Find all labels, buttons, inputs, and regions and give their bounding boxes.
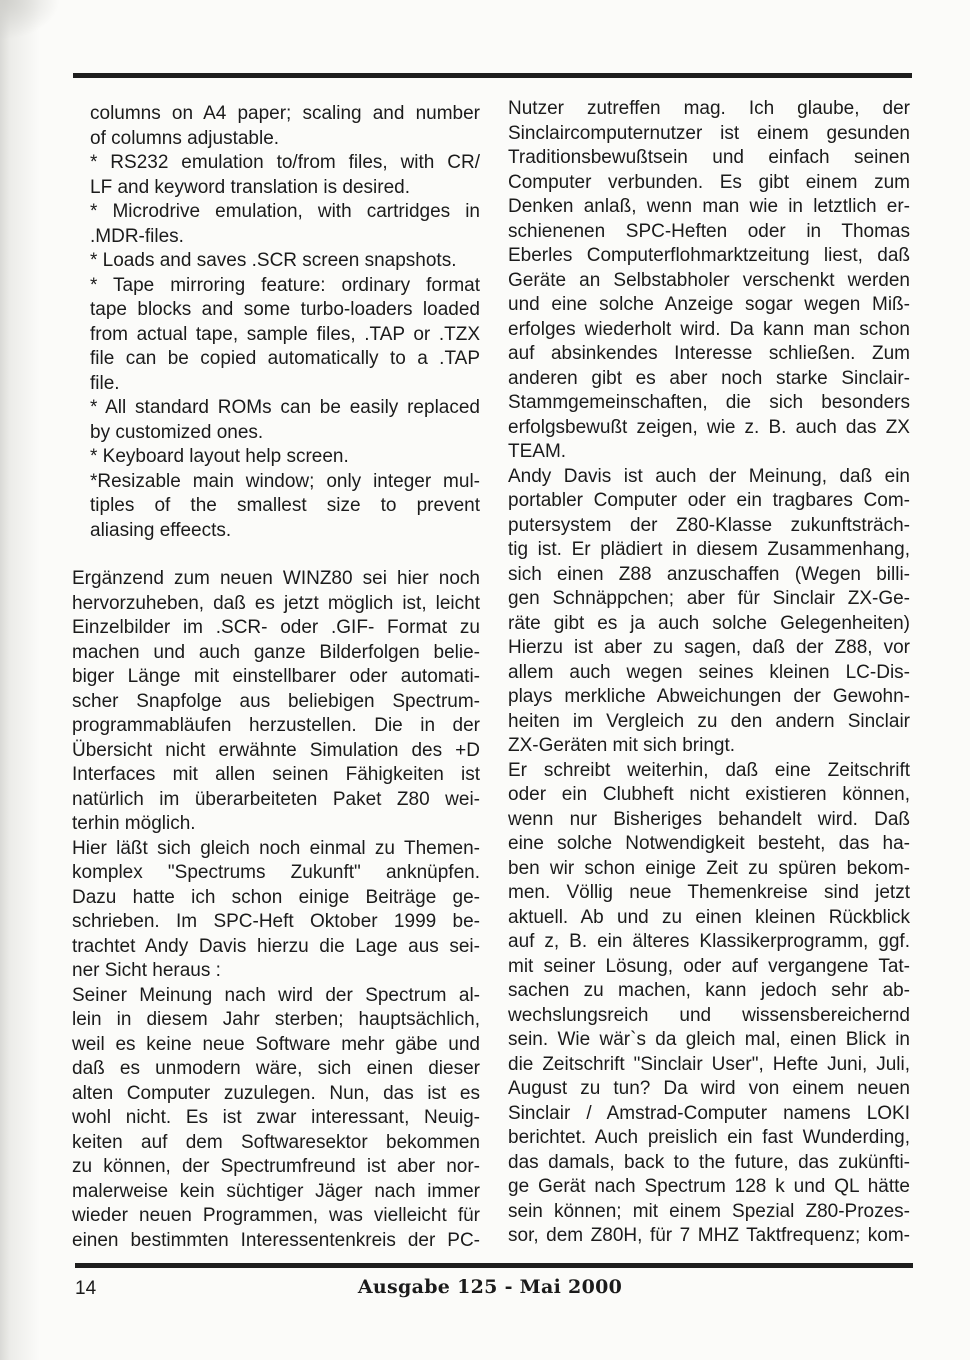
text-line: das damals, back to the future, das zukü… [508, 1151, 910, 1176]
text-line: * Loads and saves .SCR screen snapshots. [72, 249, 480, 274]
text-line: sachen zu machen, kann jedoch sehr ab- [508, 979, 910, 1004]
text-line: alten Computer zuzulegen. Nun, das ist e… [72, 1082, 480, 1107]
issue-footer: Ausgabe 125 - Mai 2000 [0, 1276, 970, 1298]
text-line: Hier läßt sich gleich noch einmal zu The… [72, 837, 480, 862]
paragraph-gap [72, 543, 480, 567]
text-line: from actual tape, sample files, .TAP or … [72, 323, 480, 348]
text-line: Seiner Meinung nach wird der Spectrum al… [72, 984, 480, 1009]
text-line: by customized ones. [72, 421, 480, 446]
paragraph: Nutzer zutreffen mag. Ich glaube, der Si… [508, 97, 910, 465]
text-line: Eberles Computerflohmarktzeitung liest, … [508, 244, 910, 269]
text-line: heiten im Vergleich zu den andern Sincla… [508, 710, 910, 735]
text-line: auf z, B. ein älteres Klassikerprogramm,… [508, 930, 910, 955]
text-line: Geräte an Selbstabholer verschenkt werde… [508, 269, 910, 294]
text-line: sor, dem Z80H, für 7 MHZ Taktfrequenz; k… [508, 1224, 910, 1249]
text-line: Andy Davis ist auch der Meinung, daß ein [508, 465, 910, 490]
scan-shadow-edge [0, 0, 40, 1360]
text-line: * Microdrive emulation, with cartridges … [72, 200, 480, 225]
text-line: * Keyboard layout help screen. [72, 445, 480, 470]
scan-shadow-corner [0, 0, 60, 40]
text-line: natürlich im überarbeiteten Paket Z80 we… [72, 788, 480, 813]
text-line: Übersicht nicht erwähnte Simulation des … [72, 739, 480, 764]
text-line: ge Gerät nach Spectrum 128 k und QL hätt… [508, 1175, 910, 1200]
text-line: räte gibt es ja auch solche Gelegenheite… [508, 612, 910, 637]
text-line: zu können, der Spectrumfreund ist aber n… [72, 1155, 480, 1180]
text-line: mit seiner Lösung, oder auf vergangene T… [508, 955, 910, 980]
paragraph: Ergänzend zum neuen WINZ80 sei hier noch… [72, 567, 480, 837]
paragraph: Seiner Meinung nach wird der Spectrum al… [72, 984, 480, 1254]
text-line: Traditionsbewußtsein und einfach seinen [508, 146, 910, 171]
text-line: wohl nicht. Es ist zwar interessant, Neu… [72, 1106, 480, 1131]
text-line: * Tape mirroring feature: ordinary forma… [72, 274, 480, 299]
text-line: August zu tun? Da wird von einem neuen [508, 1077, 910, 1102]
paragraph: Andy Davis ist auch der Meinung, daß ein… [508, 465, 910, 759]
text-line: schrieben. Im SPC-Heft Oktober 1999 be- [72, 910, 480, 935]
text-line: und eine solche Anzeige sogar wegen Miß- [508, 293, 910, 318]
text-line: gen Schnäppchen; aber für Sinclair ZX-Ge… [508, 587, 910, 612]
header-rule [73, 73, 912, 78]
text-line: Sinclair / Amstrad-Computer namens LOKI [508, 1102, 910, 1127]
text-line: sein können; mit einem Spezial Z80-Proze… [508, 1200, 910, 1225]
text-line: erfolgsbewußt zeigen, wie z. B. auch das… [508, 416, 910, 441]
text-line: Interfaces mit allen seinen Fähigkeiten … [72, 763, 480, 788]
text-line: sich einen Z88 anzuschaffen (Wegen billi… [508, 563, 910, 588]
text-line: terhin möglich. [72, 812, 480, 837]
left-column: columns on A4 paper; scaling and number … [72, 102, 480, 1253]
text-line: eine solche Notwendigkeit besteht, das h… [508, 832, 910, 857]
text-line: Denken anlaß, wenn man wie in letztlich … [508, 195, 910, 220]
text-line: aktuell. Ab und zu einen kleinen Rückbli… [508, 906, 910, 931]
text-line: komplex "Spectrums Zukunft" anknüpfen. [72, 861, 480, 886]
text-line: auf absinkendes Interesse schließen. Zum [508, 342, 910, 367]
text-line: berichtet. Auch preislich ein fast Wunde… [508, 1126, 910, 1151]
text-line: wieder neuen Programmen, was vielleicht … [72, 1204, 480, 1229]
text-line: men. Völlig neue Themenkreise sind jetzt [508, 881, 910, 906]
text-line: Stammgemeinschaften, die sich besonders [508, 391, 910, 416]
text-line: Computer verbunden. Es gibt einem zum [508, 171, 910, 196]
text-line: sein. Wie wär`s da gleich mal, einen Bli… [508, 1028, 910, 1053]
text-line: ben wir schon einige Zeit zu spüren beko… [508, 857, 910, 882]
text-line: erfolges wiederholt wird. Da kann man sc… [508, 318, 910, 343]
text-line: columns on A4 paper; scaling and number [72, 102, 480, 127]
text-line: Dazu hatte ich schon einige Beiträge ge- [72, 886, 480, 911]
text-line: anderen gibt es aber noch starke Sinclai… [508, 367, 910, 392]
text-line: * RS232 emulation to/from files, with CR… [72, 151, 480, 176]
text-line: Einzelbilder im .SCR- oder .GIF- Format … [72, 616, 480, 641]
text-line: schienenen SPC-Heften oder in Thomas [508, 220, 910, 245]
text-line: Sinclaircomputernutzer ist einem gesunde… [508, 122, 910, 147]
text-line: tig ist. Er plädiert in diesem Zusammenh… [508, 538, 910, 563]
right-column: Nutzer zutreffen mag. Ich glaube, der Si… [508, 97, 910, 1249]
text-line: daß es unmodern wäre, sich einen dieser [72, 1057, 480, 1082]
text-line: Hierzu ist aber zu sagen, daß der Z88, v… [508, 636, 910, 661]
text-line: portabler Computer oder ein tragbares Co… [508, 489, 910, 514]
text-line: TEAM. [508, 440, 910, 465]
text-line: programmabläufen herzustellen. Die in de… [72, 714, 480, 739]
text-line: ner Sicht heraus : [72, 959, 480, 984]
text-line: LF and keyword translation is desired. [72, 176, 480, 201]
text-line: of columns adjustable. [72, 127, 480, 152]
text-line: *Resizable main window; only integer mul… [72, 470, 480, 495]
feature-list: columns on A4 paper; scaling and number … [72, 102, 480, 543]
text-line: lein in diesem Jahr sterben; hauptsächli… [72, 1008, 480, 1033]
text-line: keiten auf dem Softwaresektor bekommen [72, 1131, 480, 1156]
text-line: putersystem der Z80-Klasse zukunftsträch… [508, 514, 910, 539]
text-line: Er schreibt weiterhin, daß eine Zeitschr… [508, 759, 910, 784]
text-line: weil es keine neue Software mehr gäbe un… [72, 1033, 480, 1058]
text-line: machen und auch ganze Bilderfolgen belie… [72, 641, 480, 666]
text-line: plays merkliche Abweichungen der Gewohn- [508, 685, 910, 710]
text-line: tape blocks and some turbo-loaders loade… [72, 298, 480, 323]
footer-rule [75, 1263, 913, 1268]
text-line: oder ein Clubheft nicht existieren könne… [508, 783, 910, 808]
text-line: * All standard ROMs can be easily replac… [72, 396, 480, 421]
paragraph: Er schreibt weiterhin, daß eine Zeitschr… [508, 759, 910, 1249]
text-line: wechslungsreich und wissensbereichernd [508, 1004, 910, 1029]
paragraph: Hier läßt sich gleich noch einmal zu The… [72, 837, 480, 984]
text-line: die Zeitschrift "Sinclair User", Hefte J… [508, 1053, 910, 1078]
text-line: tiples of the smallest size to prevent [72, 494, 480, 519]
text-line: allem auch wegen seines kleinen LC-Dis- [508, 661, 910, 686]
text-line: hervorzuheben, daß es jetzt möglich ist,… [72, 592, 480, 617]
text-line: ZX-Geräten mit sich bringt. [508, 734, 910, 759]
text-line: scher Snapfolge aus beliebigen Spectrum- [72, 690, 480, 715]
text-line: aliasing effeects. [72, 519, 480, 544]
text-line: file. [72, 372, 480, 397]
text-line: Nutzer zutreffen mag. Ich glaube, der [508, 97, 910, 122]
text-line: wenn nur Bisheriges behandelt wird. Daß [508, 808, 910, 833]
text-line: malerweise kein süchtiger Jäger nach imm… [72, 1180, 480, 1205]
text-line: trachtet Andy Davis hierzu die Lage aus … [72, 935, 480, 960]
text-line: einen bestimmten Interessentenkreis der … [72, 1229, 480, 1254]
text-line: Ergänzend zum neuen WINZ80 sei hier noch [72, 567, 480, 592]
text-line: file can be copied automatically to a .T… [72, 347, 480, 372]
text-line: .MDR-files. [72, 225, 480, 250]
text-line: biger Länge mit einstellbarer oder autom… [72, 665, 480, 690]
